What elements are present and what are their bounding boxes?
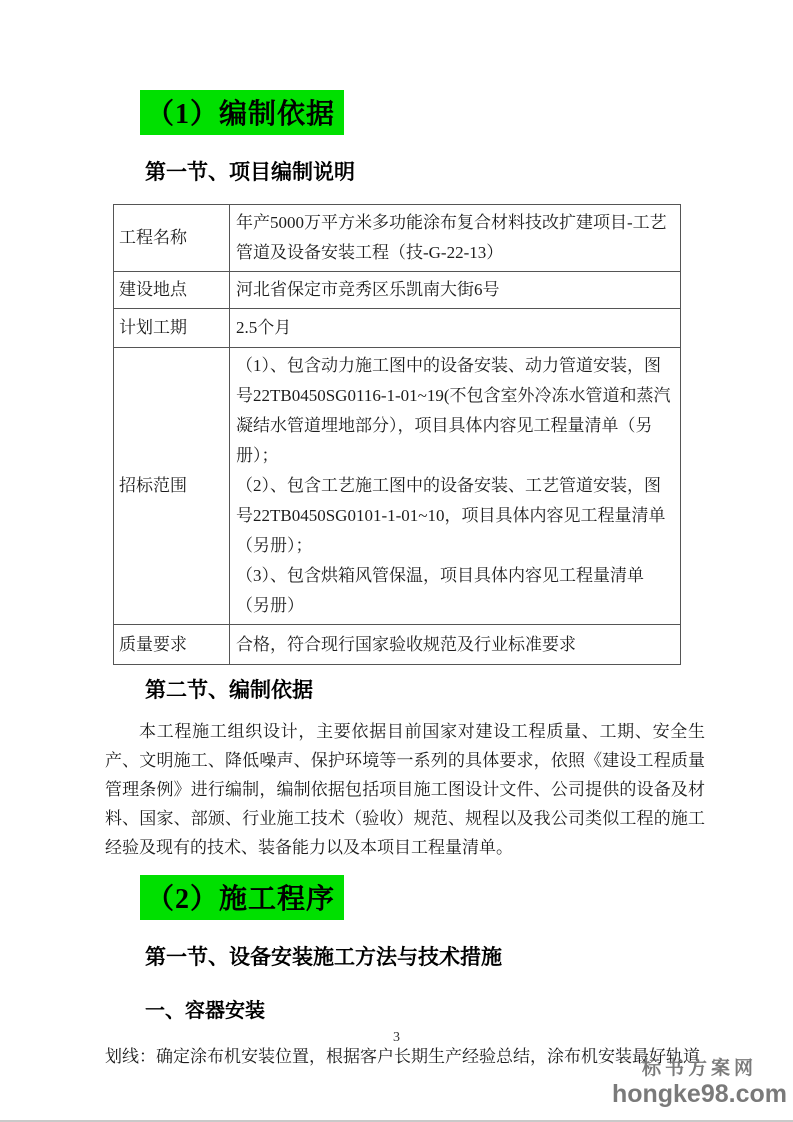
row-label-quality-requirement: 质量要求 <box>114 625 230 665</box>
section-title-project-description: 第一节、项目编制说明 <box>145 156 703 186</box>
chapter-heading-2: （2）施工程序 <box>140 875 344 920</box>
table-row: 计划工期 2.5个月 <box>114 309 681 348</box>
bid-scope-item-2: （2）、包含工艺施工图中的设备安装、工艺管道安装，图号22TB0450SG010… <box>236 471 675 561</box>
section-title-installation-methods: 第一节、设备安装施工方法与技术措施 <box>145 941 703 971</box>
table-row: 质量要求 合格，符合现行国家验收规范及行业标准要求 <box>114 625 681 665</box>
project-info-table: 工程名称 年产5000万平方米多功能涂布复合材料技改扩建项目-工艺管道及设备安装… <box>113 204 681 665</box>
row-label-project-name: 工程名称 <box>114 205 230 272</box>
compilation-basis-paragraph: 本工程施工组织设计，主要依据目前国家对建设工程质量、工期、安全生产、文明施工、降… <box>105 717 705 862</box>
subsection-title-container-installation: 一、容器安装 <box>145 994 703 1023</box>
section-title-compilation-basis: 第二节、编制依据 <box>145 674 703 704</box>
page-number: 3 <box>0 1030 793 1046</box>
table-row: 工程名称 年产5000万平方米多功能涂布复合材料技改扩建项目-工艺管道及设备安装… <box>114 205 681 272</box>
row-label-planned-duration: 计划工期 <box>114 309 230 348</box>
row-label-site-location: 建设地点 <box>114 272 230 309</box>
table-row: 招标范围 （1）、包含动力施工图中的设备安装、动力管道安装，图号22TB0450… <box>114 348 681 625</box>
chapter-heading-1: （1）编制依据 <box>140 90 344 135</box>
row-value-quality-requirement: 合格，符合现行国家验收规范及行业标准要求 <box>230 625 681 665</box>
row-value-project-name: 年产5000万平方米多功能涂布复合材料技改扩建项目-工艺管道及设备安装工程（技-… <box>230 205 681 272</box>
row-value-site-location: 河北省保定市竞秀区乐凯南大街6号 <box>230 272 681 309</box>
bid-scope-item-1: （1）、包含动力施工图中的设备安装、动力管道安装，图号22TB0450SG011… <box>236 351 675 471</box>
page-content: （1）编制依据 第一节、项目编制说明 工程名称 年产5000万平方米多功能涂布复… <box>0 0 793 1067</box>
table-row: 建设地点 河北省保定市竞秀区乐凯南大街6号 <box>114 272 681 309</box>
document-page: （1）编制依据 第一节、项目编制说明 工程名称 年产5000万平方米多功能涂布复… <box>0 0 793 1122</box>
row-value-bid-scope: （1）、包含动力施工图中的设备安装、动力管道安装，图号22TB0450SG011… <box>230 348 681 625</box>
row-label-bid-scope: 招标范围 <box>114 348 230 625</box>
watermark-site-name: 标书方案网 <box>612 1058 787 1080</box>
watermark: 标书方案网 hongke98.com <box>612 1058 787 1109</box>
watermark-site-url: hongke98.com <box>612 1080 787 1109</box>
row-value-planned-duration: 2.5个月 <box>230 309 681 348</box>
bid-scope-item-3: （3）、包含烘箱风管保温，项目具体内容见工程量清单（另册） <box>236 561 675 621</box>
